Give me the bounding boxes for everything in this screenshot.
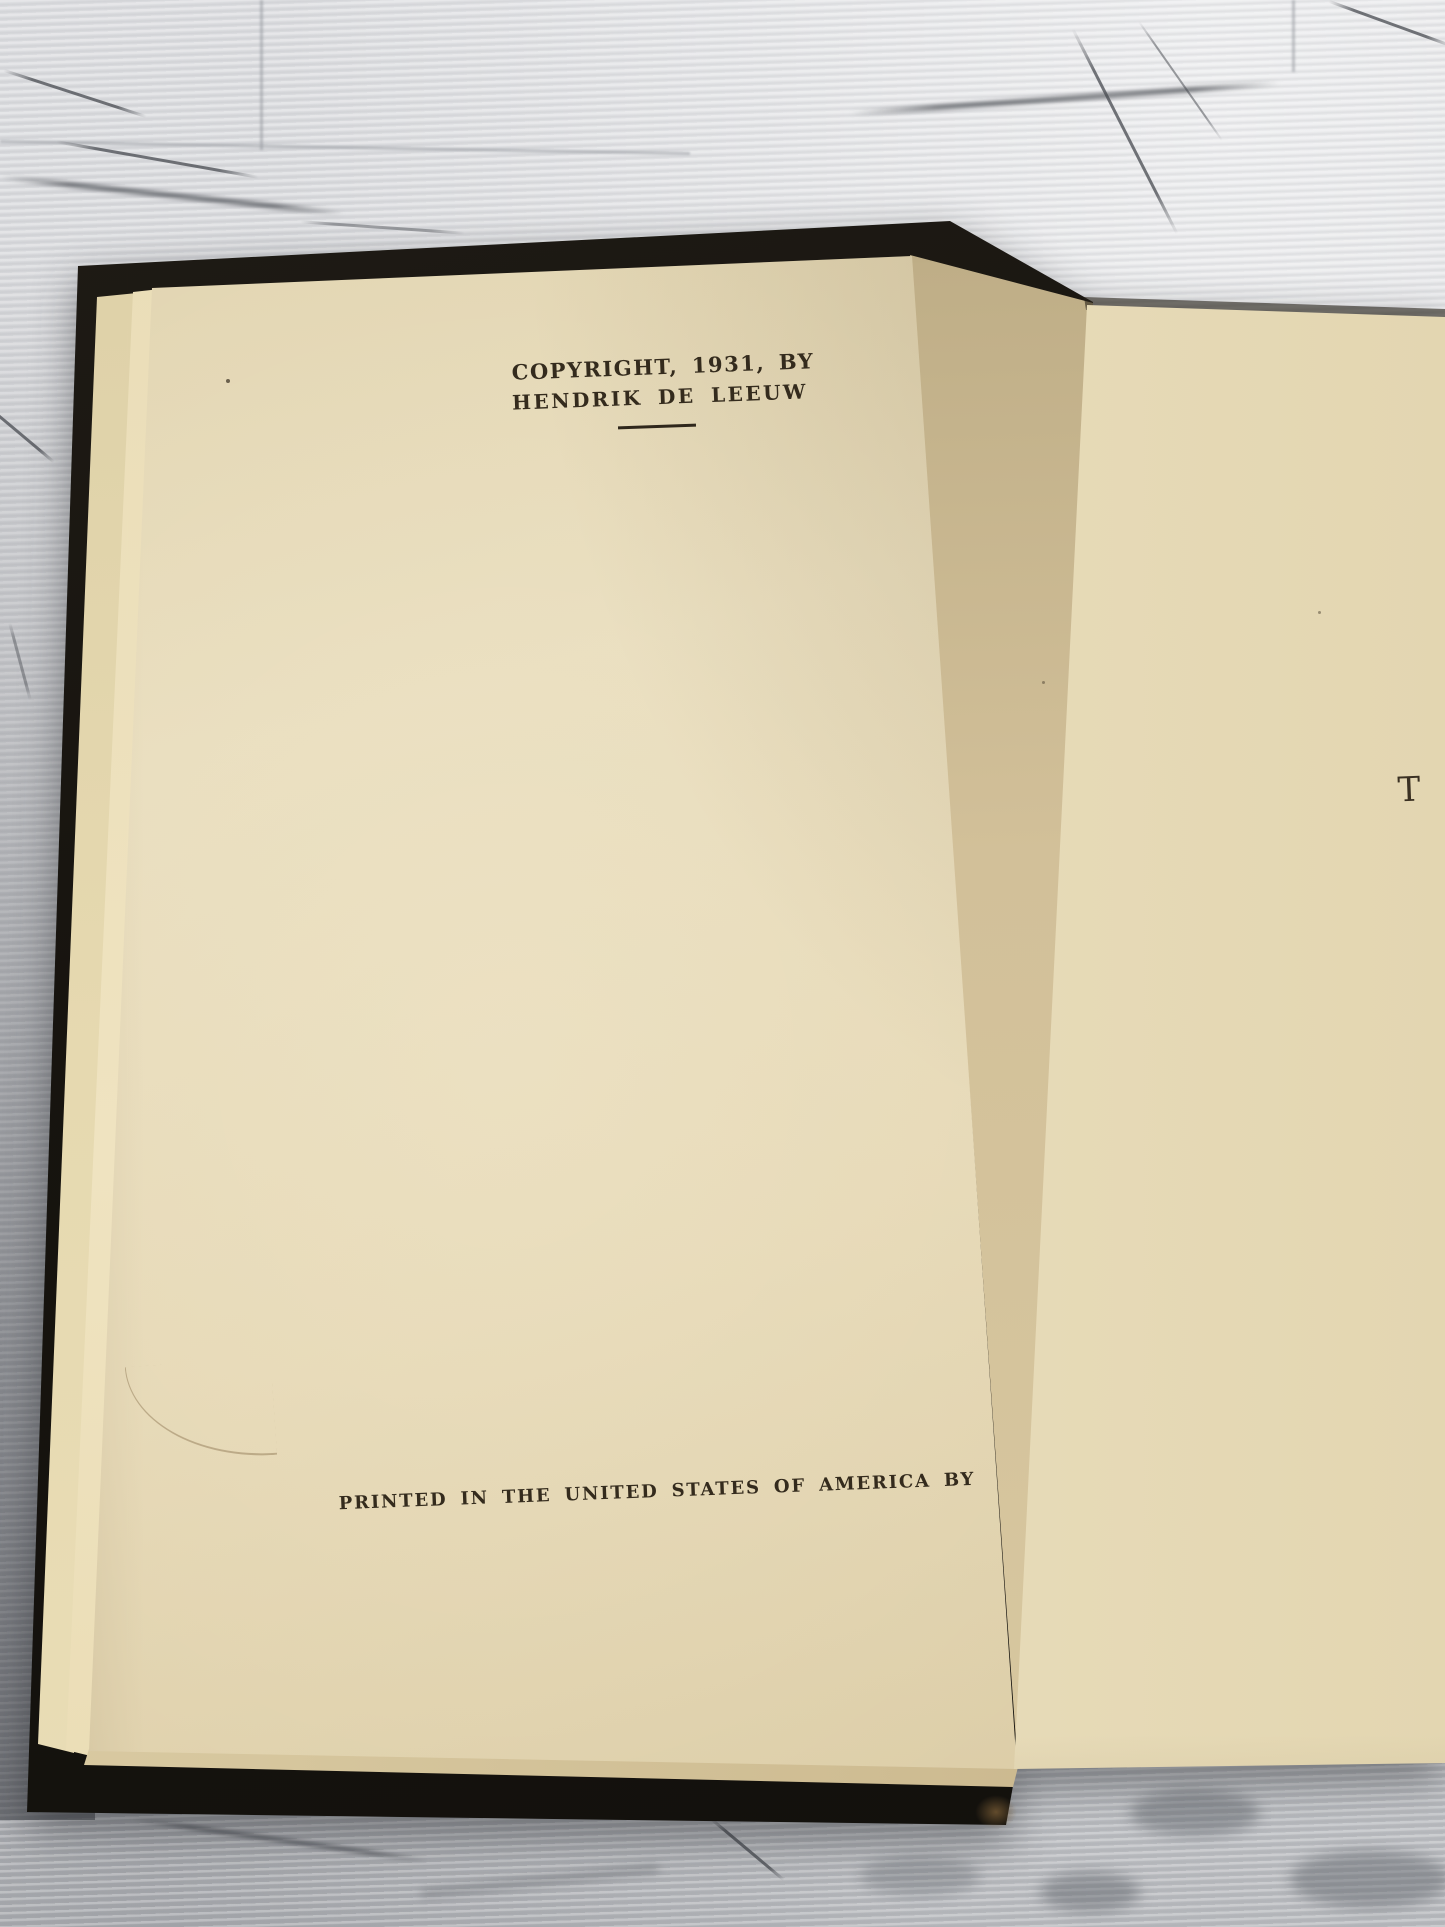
cover-worn-corner	[975, 1795, 1017, 1829]
paper-speck	[1318, 611, 1321, 614]
partial-title-letter: T	[1397, 770, 1421, 811]
paper-speck	[1042, 681, 1045, 684]
book: COPYRIGHT, 1931, BY HENDRIK DE LEEUW PRI…	[0, 0, 1445, 1927]
photo-scene: COPYRIGHT, 1931, BY HENDRIK DE LEEUW PRI…	[0, 0, 1445, 1927]
paper-speck	[226, 379, 230, 383]
